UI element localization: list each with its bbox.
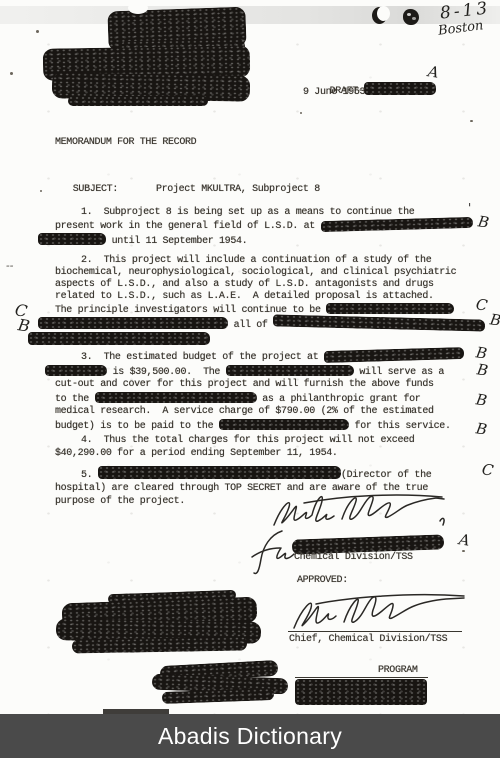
redaction-blob — [162, 688, 274, 704]
margin-letter-c-p5: C — [481, 460, 495, 480]
footer-bar[interactable]: Abadis Dictionary — [0, 714, 500, 758]
paragraph-1: 1. Subproject 8 is being set up as a mea… — [55, 206, 485, 248]
body-line: present work in the general field of L.S… — [55, 219, 485, 233]
redaction-bar — [219, 419, 349, 430]
paragraph-4: 4. Thus the total charges for this proje… — [55, 435, 485, 460]
for-handwritten — [250, 527, 296, 577]
signature-scrawl-2 — [286, 588, 472, 636]
redaction-bar — [326, 303, 454, 314]
round-stamp-icon — [403, 9, 419, 25]
body-line: medical research. A service charge of $7… — [55, 406, 485, 419]
body-text: will serve as a — [354, 367, 444, 378]
body-line: 2. This project will include a continuat… — [55, 255, 485, 267]
body-line: cut-out and cover for this project and w… — [55, 379, 485, 392]
body-text: all of — [228, 320, 273, 331]
body-line: 5. (Director of the — [55, 466, 485, 482]
site-name: Abadis Dictionary — [158, 723, 342, 750]
body-text: for this service. — [349, 421, 451, 432]
program-line — [295, 677, 428, 678]
margin-letter-b-p3-2: B — [476, 360, 490, 380]
body-text: until 11 September 1954. — [106, 236, 247, 247]
body-text: (Director of the — [341, 470, 431, 481]
margin-letter-b-p2: B — [489, 310, 500, 330]
crescent-stamp-icon — [372, 7, 387, 24]
redaction-bar — [38, 317, 228, 329]
margin-letter-c-p2: C — [475, 295, 489, 315]
redaction-blob — [72, 636, 247, 653]
body-line: The principle investigators will continu… — [55, 303, 485, 317]
redaction-bar — [45, 365, 107, 376]
body-text: 3. The estimated budget of the project a… — [81, 352, 324, 363]
redaction-bar — [321, 217, 473, 232]
body-text: 5. — [81, 470, 98, 481]
body-line — [28, 332, 485, 348]
margin-tick: ' — [468, 201, 471, 215]
margin-letter-a-signer: A — [458, 530, 472, 549]
signature-line — [288, 631, 462, 632]
scan-highlight — [128, 2, 148, 14]
body-text: budget) is to be paid to the — [55, 421, 219, 432]
scanned-document: 8-13 Boston DRAFT- A 9 June 1953 MEMORAN… — [0, 0, 500, 714]
body-line: biochemical, neurophysiological, sociolo… — [55, 267, 485, 279]
redaction-bar — [98, 466, 341, 479]
redaction-bar — [38, 233, 106, 245]
margin-letter-b-p1: B — [477, 212, 491, 232]
approved-label: APPROVED: — [297, 575, 348, 586]
body-text: is $39,500.00. The — [107, 367, 226, 378]
redaction-blob-bottom-right — [295, 679, 427, 705]
redaction-bar — [324, 347, 464, 363]
chief-title-label: Chief, Chemical Division/TSS — [289, 634, 447, 645]
scan-shading-band — [0, 6, 500, 24]
body-text: as a philanthropic grant for — [257, 394, 421, 405]
body-line: 1. Subproject 8 is being set up as a mea… — [55, 206, 485, 219]
redaction-bar — [273, 314, 485, 331]
paragraph-2: 2. This project will include a continuat… — [55, 255, 485, 348]
body-line: 4. Thus the total charges for this proje… — [55, 435, 485, 448]
body-line: until 11 September 1954. — [38, 233, 485, 248]
scan-speck — [36, 30, 39, 33]
scan-speck — [40, 190, 42, 192]
scan-speck — [300, 112, 302, 114]
scan-speck — [462, 550, 465, 552]
subject-label: SUBJECT: — [73, 184, 118, 195]
redaction-bar — [95, 392, 257, 403]
body-line: to the as a philanthropic grant for — [55, 392, 485, 407]
scan-speck — [10, 72, 13, 75]
margin-letter-b-p3-3: B — [475, 390, 489, 410]
left-margin-dash: -- — [6, 259, 13, 272]
margin-letter-a-draft: A — [427, 62, 441, 81]
redaction-bar — [28, 332, 210, 345]
scan-speck — [470, 120, 473, 122]
redaction-bar — [226, 365, 354, 376]
body-line: budget) is to be paid to the for this se… — [55, 419, 485, 434]
body-line: related to L.S.D., such as L.A.E. A deta… — [55, 291, 485, 303]
body-line: $40,290.00 for a period ending September… — [55, 448, 485, 461]
subject-value: Project MKULTRA, Subproject 8 — [156, 184, 320, 195]
subject-gap — [118, 184, 156, 195]
body-line: is $39,500.00. The will serve as a — [45, 365, 485, 380]
redaction-bar — [364, 82, 436, 95]
redaction-blob — [68, 96, 208, 106]
program-label: PROGRAM — [378, 665, 418, 676]
division-label: Chemical Division/TSS — [294, 552, 413, 563]
body-line: all of — [38, 317, 485, 332]
body-text: to the — [55, 394, 95, 405]
body-text: present work in the general field of L.S… — [55, 221, 321, 232]
memo-heading: MEMORANDUM FOR THE RECORD — [55, 137, 196, 148]
paragraph-3: 3. The estimated budget of the project a… — [55, 349, 485, 433]
document-date: 9 June 1953 — [303, 87, 365, 98]
body-line: 3. The estimated budget of the project a… — [55, 349, 485, 365]
body-line: aspects of L.S.D., and also a study of L… — [55, 279, 485, 291]
